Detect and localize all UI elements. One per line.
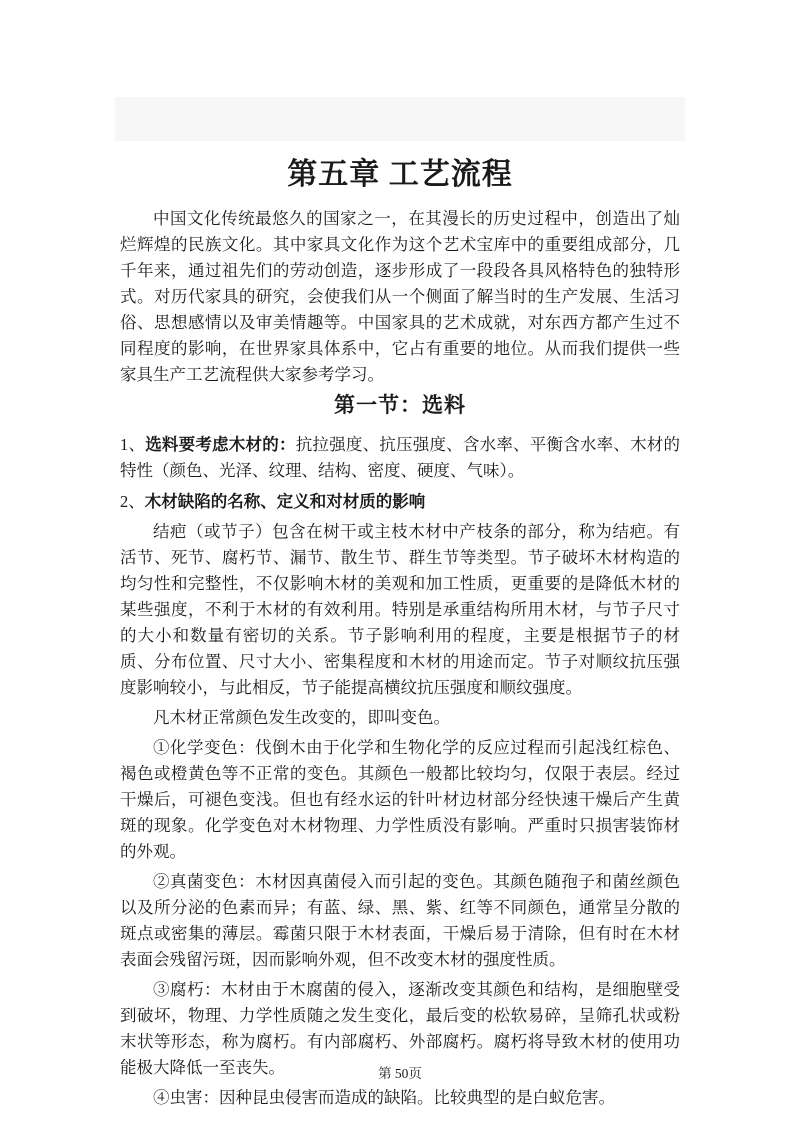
paragraph-chemical-discoloration: ①化学变色：伐倒木由于化学和生物化学的反应过程而引起浅红棕色、褐色或橙黄色等不正… <box>120 735 680 865</box>
page-number: 第 50页 <box>0 1065 800 1083</box>
paragraph-discoloration-intro: 凡木材正常颜色发生改变的，即叫变色。 <box>120 705 680 731</box>
document-page: 第五章 工艺流程 中国文化传统最悠久的国家之一，在其漫长的历史过程中，创造出了灿… <box>0 0 800 1131</box>
paragraph-insect-damage: ④虫害：因种昆虫侵害而造成的缺陷。比较典型的是白蚁危害。 <box>120 1085 680 1111</box>
list-item-1-lead: 选料要考虑木材的： <box>145 435 295 454</box>
list-item-1-number: 1、 <box>120 435 145 454</box>
paragraph-knots: 结疤（或节子）包含在树干或主枝木材中产枝条的部分，称为结疤。有活节、死节、腐朽节… <box>120 519 680 701</box>
section-title: 第一节：选料 <box>120 390 680 420</box>
list-item-2-lead: 木材缺陷的名称、定义和对材质的影响 <box>145 492 426 511</box>
chapter-title: 第五章 工艺流程 <box>120 156 680 194</box>
intro-paragraph: 中国文化传统最悠久的国家之一，在其漫长的历史过程中，创造出了灿烂辉煌的民族文化。… <box>120 206 680 388</box>
header-image-placeholder <box>115 97 685 141</box>
paragraph-fungal-discoloration: ②真菌变色：木材因真菌侵入而引起的变色。其颜色随孢子和菌丝颜色以及所分泌的色素而… <box>120 869 680 973</box>
list-item-2: 2、木材缺陷的名称、定义和对材质的影响 <box>120 489 680 515</box>
list-item-1: 1、选料要考虑木材的：抗拉强度、抗压强度、含水率、平衡含水率、木材的特性（颜色、… <box>120 432 680 484</box>
list-item-2-number: 2、 <box>120 492 145 511</box>
